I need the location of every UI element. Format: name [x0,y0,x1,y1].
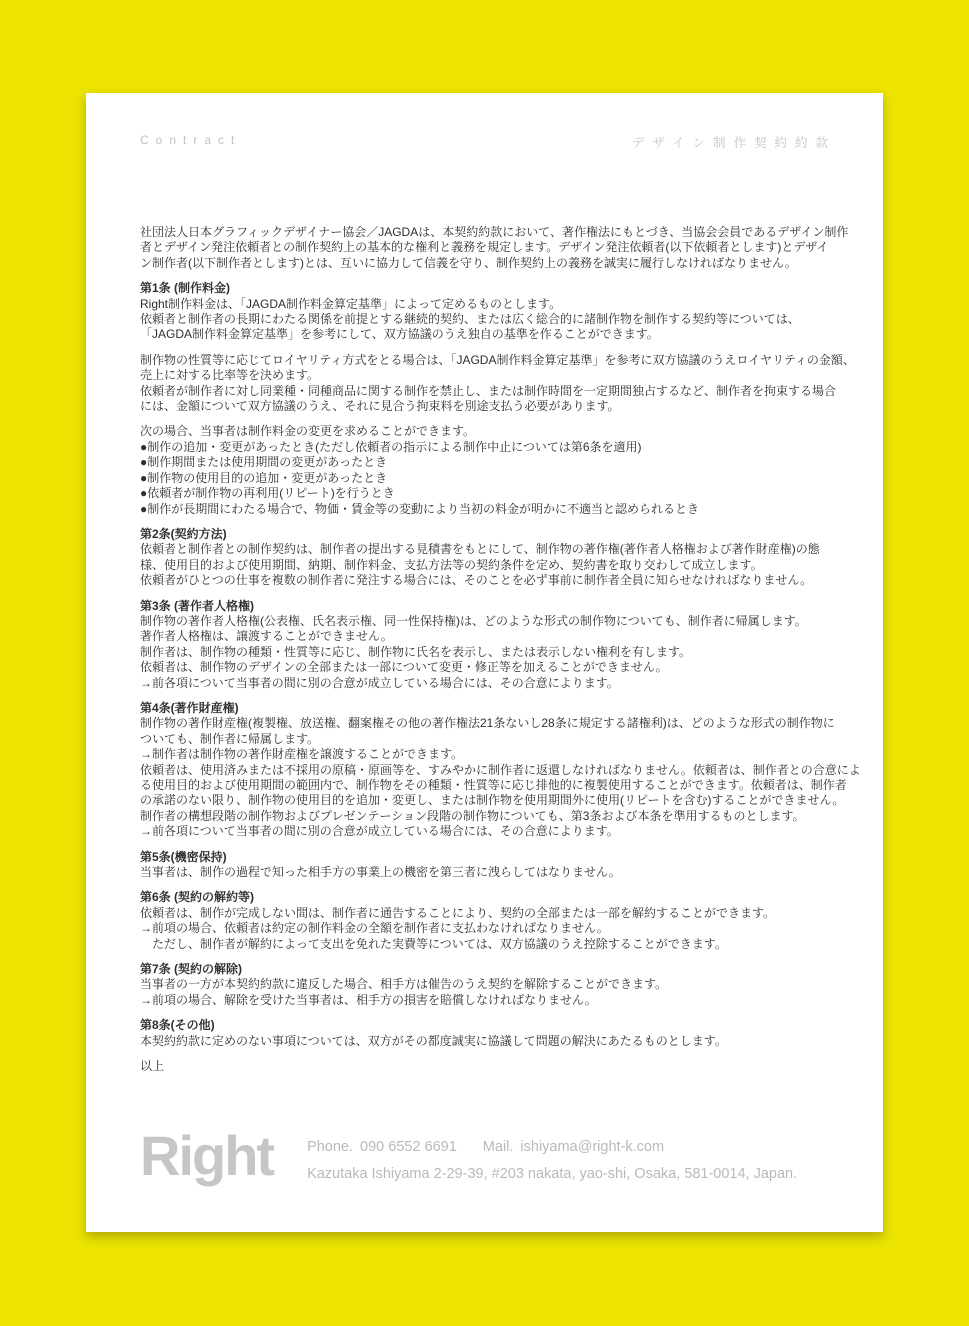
phone-label: Phone. [307,1139,353,1155]
contract-line: 依頼者と制作者の長期にわたる関係を前提とする継続的契約、または広く総合的に諸制作… [140,312,836,327]
contract-line: 当事者の一方が本契約約款に違反した場合、相手方は催告のうえ契約を解除することがで… [140,977,836,992]
contract-line: 売上に対する比率等を決めます。 [140,368,836,383]
contract-line: 以上 [140,1059,836,1074]
contract-line: 著作者人格権は、譲渡することができません。 [140,629,836,644]
contract-section: 第2条(契約方法)依頼者と制作者との制作契約は、制作者の提出する見積書をもとにし… [140,527,836,589]
contract-line: ただし、制作者が解約によって支出を免れた実費等については、双方協議のうえ控除する… [140,937,836,952]
section-heading: 第4条(著作財産権) [140,701,836,716]
phone-number: 090 6552 6691 [360,1139,457,1155]
contract-line: Right制作料金は、「JAGDA制作料金算定基準」によって定めるものとします。 [140,297,836,312]
contract-line: 制作者は、制作物の種類・性質等に応じ、制作物に氏名を表示し、または表示しない権利… [140,645,836,660]
contract-line: ●制作が長期間にわたる場合で、物価・賃金等の変動により当初の料金が明かに不適当と… [140,502,836,517]
contract-line: ●制作の追加・変更があったとき(ただし依頼者の指示による制作中止については第6条… [140,440,836,455]
section-heading: 第8条(その他) [140,1018,836,1033]
section-paragraph: 当事者の一方が本契約約款に違反した場合、相手方は催告のうえ契約を解除することがで… [140,977,836,1008]
section-paragraph: Right制作料金は、「JAGDA制作料金算定基準」によって定めるものとします。… [140,297,836,343]
section-paragraph: 次の場合、当事者は制作料金の変更を求めることができます。●制作の追加・変更があっ… [140,424,836,516]
section-paragraph: 以上 [140,1059,836,1074]
contract-line: ●依頼者が制作物の再利用(リピート)を行うとき [140,486,836,501]
contract-section: 第3条 (著作者人格権)制作物の著作者人格権(公表権、氏名表示権、同一性保持権)… [140,599,836,691]
section-heading: 第5条(機密保持) [140,850,836,865]
section-paragraph: 制作物の著作者人格権(公表権、氏名表示権、同一性保持権)は、どのような形式の制作… [140,614,836,691]
contract-line: 依頼者は、使用済みまたは不採用の原稿・原画等を、すみやかに制作者に返還しなければ… [140,763,836,778]
mail-label: Mail. [483,1139,514,1155]
contract-line: る使用目的および使用期間の範囲内で、制作物をその種類・性質等に応じ排他的に複製使… [140,778,836,793]
contact-info: Phone.090 6552 6691Mail.ishiyama@right-k… [307,1129,797,1188]
contract-line: ●制作物の使用目的の追加・変更があったとき [140,471,836,486]
section-heading: 第1条 (制作料金) [140,281,836,296]
section-heading: 第6条 (契約の解約等) [140,890,836,905]
right-logo: Right [140,1129,273,1182]
contract-section: 社団法人日本グラフィックデザイナー協会／JAGDAは、本契約約款において、著作権… [140,225,836,271]
contract-line: →前項の場合、解除を受けた当事者は、相手方の損害を賠償しなければなりません。 [140,993,836,1008]
contract-line: 者とデザイン発注依頼者との制作契約上の基本的な権利と義務を規定します。デザイン発… [140,240,836,255]
contract-line: 様、使用目的および使用期間、納期、制作料金、支払方法等の契約条件を定め、契約書を… [140,558,836,573]
section-paragraph: 依頼者は、制作が完成しない間は、制作者に通告することにより、契約の全部または一部… [140,906,836,952]
contract-section: 第5条(機密保持)当事者は、制作の過程で知った相手方の事業上の機密を第三者に洩ら… [140,850,836,881]
contract-line: →制作者は制作物の著作財産権を譲渡することができます。 [140,747,836,762]
section-heading: 第2条(契約方法) [140,527,836,542]
contract-line: 「JAGDA制作料金算定基準」を参考にして、双方協議のうえ独自の基準を作ることが… [140,327,836,342]
section-paragraph: 制作物の著作財産権(複製権、放送権、翻案権その他の著作権法21条ないし28条に規… [140,716,836,839]
contract-line: 社団法人日本グラフィックデザイナー協会／JAGDAは、本契約約款において、著作権… [140,225,836,240]
contract-line: 依頼者が制作者に対し同業種・同種商品に関する制作を禁止し、または制作時間を一定期… [140,384,836,399]
contract-line: には、金額について双方協議のうえ、それに見合う拘束料を別途支払う必要があります。 [140,399,836,414]
contract-line: ついても、制作者に帰属します。 [140,732,836,747]
contract-line: 依頼者は、制作物のデザインの全部または一部について変更・修正等を加えることができ… [140,660,836,675]
contract-line: ●制作期間または使用期間の変更があったとき [140,455,836,470]
section-paragraph: 社団法人日本グラフィックデザイナー協会／JAGDAは、本契約約款において、著作権… [140,225,836,271]
contract-line: 依頼者と制作者との制作契約は、制作者の提出する見積書をもとにして、制作物の著作権… [140,542,836,557]
contract-section: 以上 [140,1059,836,1074]
section-paragraph: 当事者は、制作の過程で知った相手方の事業上の機密を第三者に洩らしてはなりません。 [140,865,836,880]
contract-line: →前各項について当事者の間に別の合意が成立している場合には、その合意によります。 [140,824,836,839]
contract-line: 当事者は、制作の過程で知った相手方の事業上の機密を第三者に洩らしてはなりません。 [140,865,836,880]
contract-line: 依頼者がひとつの仕事を複数の制作者に発注する場合には、そのことを必ず事前に制作者… [140,573,836,588]
contract-section: 第7条 (契約の解除)当事者の一方が本契約約款に違反した場合、相手方は催告のうえ… [140,962,836,1008]
contract-line: ン制作者(以下制作者とします)とは、互いに協力して信義を守り、制作契約上の義務を… [140,256,836,271]
section-heading: 第7条 (契約の解除) [140,962,836,977]
contract-line: 制作物の性質等に応じてロイヤリティ方式をとる場合は、「JAGDA制作料金算定基準… [140,353,836,368]
contact-phone-mail-row: Phone.090 6552 6691Mail.ishiyama@right-k… [307,1134,797,1161]
section-heading: 第3条 (著作者人格権) [140,599,836,614]
section-paragraph: 制作物の性質等に応じてロイヤリティ方式をとる場合は、「JAGDA制作料金算定基準… [140,353,836,415]
contract-section: 第6条 (契約の解約等)依頼者は、制作が完成しない間は、制作者に通告することによ… [140,890,836,952]
contract-line: 制作物の著作者人格権(公表権、氏名表示権、同一性保持権)は、どのような形式の制作… [140,614,836,629]
section-paragraph: 本契約約款に定めのない事項については、双方がその都度誠実に協議して問題の解決にあ… [140,1034,836,1049]
mail-address: ishiyama@right-k.com [520,1139,664,1155]
contract-line: 依頼者は、制作が完成しない間は、制作者に通告することにより、契約の全部または一部… [140,906,836,921]
contract-line: 制作者の構想段階の制作物およびプレゼンテーション段階の制作物についても、第3条お… [140,809,836,824]
postal-address: Kazutaka Ishiyama 2-29-39, #203 nakata, … [307,1161,797,1188]
contract-page: Contract デザイン制作契約約款 社団法人日本グラフィックデザイナー協会／… [86,93,883,1232]
contract-line: 制作物の著作財産権(複製権、放送権、翻案権その他の著作権法21条ないし28条に規… [140,716,836,731]
contract-section: 第8条(その他)本契約約款に定めのない事項については、双方がその都度誠実に協議し… [140,1018,836,1049]
contract-sections: 社団法人日本グラフィックデザイナー協会／JAGDAは、本契約約款において、著作権… [140,225,836,1075]
contract-line: →前各項について当事者の間に別の合意が成立している場合には、その合意によります。 [140,676,836,691]
contract-line: 次の場合、当事者は制作料金の変更を求めることができます。 [140,424,836,439]
contract-line: 本契約約款に定めのない事項については、双方がその都度誠実に協議して問題の解決にあ… [140,1034,836,1049]
contract-section: 第4条(著作財産権)制作物の著作財産権(複製権、放送権、翻案権その他の著作権法2… [140,701,836,840]
document-footer: Right Phone.090 6552 6691Mail.ishiyama@r… [140,1129,836,1188]
header-title-ja: デザイン制作契約約款 [632,133,836,151]
section-paragraph: 依頼者と制作者との制作契約は、制作者の提出する見積書をもとにして、制作物の著作権… [140,542,836,588]
header-title-en: Contract [140,133,241,147]
document-header: Contract デザイン制作契約約款 [140,133,836,151]
contract-line: の承諾のない限り、制作物の使用目的を追加・変更し、または制作物を使用期間外に使用… [140,793,836,808]
contract-section: 第1条 (制作料金)Right制作料金は、「JAGDA制作料金算定基準」によって… [140,281,836,517]
contract-line: →前項の場合、依頼者は約定の制作料金の全額を制作者に支払わなければなりません。 [140,921,836,936]
